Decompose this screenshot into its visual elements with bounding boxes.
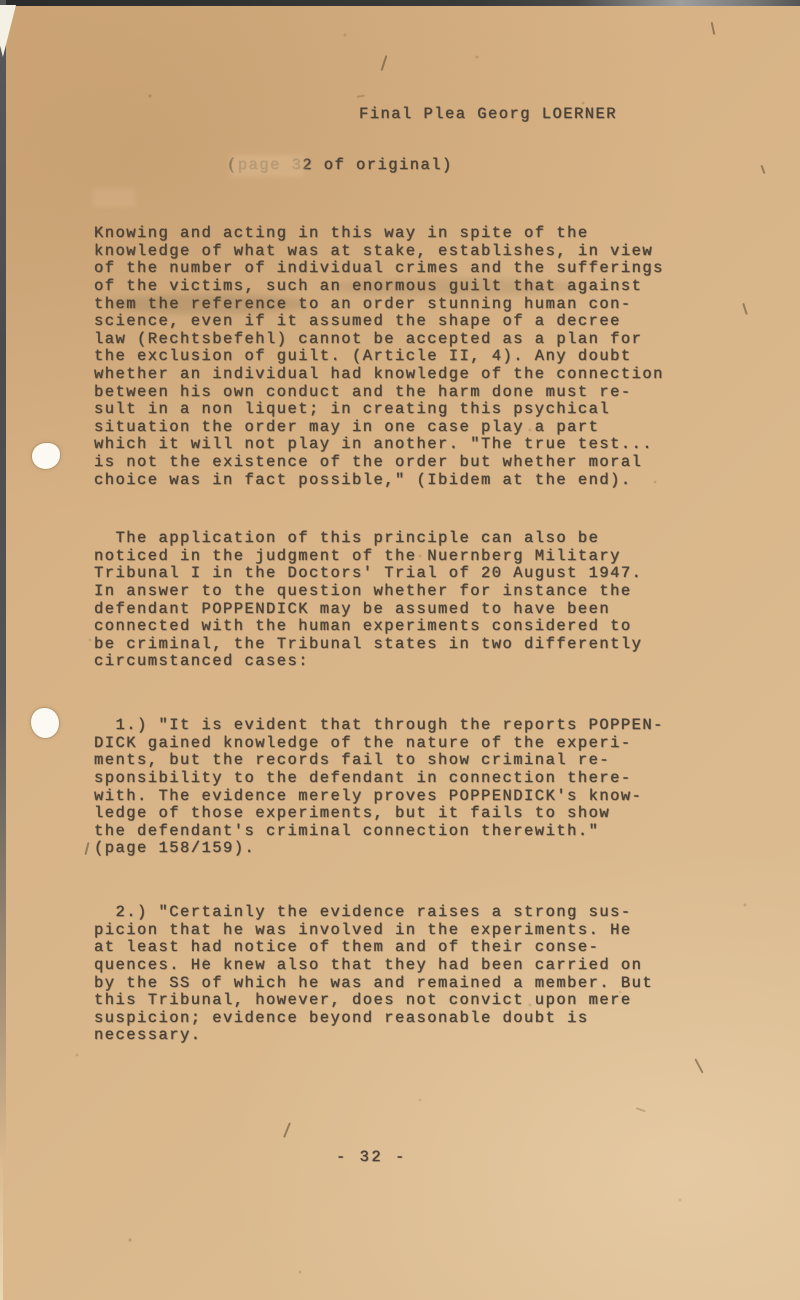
- paragraph: 2.) "Certainly the evidence raises a str…: [94, 904, 694, 1045]
- scan-artifact: [711, 22, 715, 35]
- punch-hole-top: [32, 443, 60, 469]
- scan-edge-top: [0, 0, 800, 6]
- scan-artifact: [761, 165, 765, 174]
- scan-artifact: [381, 55, 387, 71]
- scan-artifact: [694, 1059, 703, 1074]
- scanned-page: Final Plea Georg LOERNER (page 32 of ori…: [0, 0, 800, 1300]
- paragraph: Knowing and acting in this way in spite …: [94, 225, 694, 489]
- scan-edge-left-lower: [0, 1150, 3, 1300]
- paragraph: The application of this principle can al…: [94, 530, 694, 671]
- paragraph: 1.) "It is evident that through the repo…: [94, 717, 694, 858]
- document-body: Knowing and acting in this way in spite …: [94, 190, 694, 1080]
- scan-artifact: [84, 842, 89, 855]
- page-corner-wedge: [0, 5, 16, 57]
- scan-artifact: [357, 95, 365, 98]
- page-reference: (page 32 of original): [227, 157, 453, 175]
- scan-artifact: [636, 1108, 646, 1113]
- punch-hole-bottom: [31, 708, 59, 738]
- page-number: - 32 -: [336, 1149, 407, 1167]
- scan-artifact: [742, 303, 747, 315]
- scan-edge-left: [0, 0, 6, 1160]
- document-title: Final Plea Georg LOERNER: [359, 106, 617, 124]
- scan-artifact: [283, 1122, 290, 1137]
